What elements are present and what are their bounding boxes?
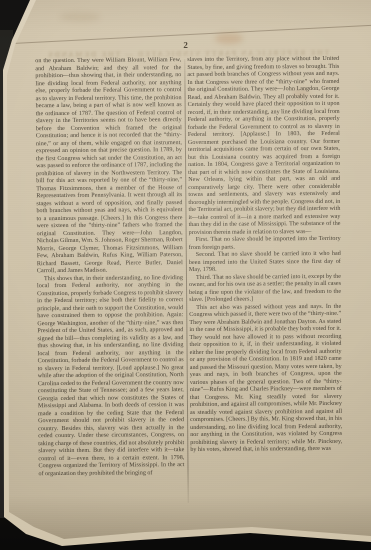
page-content: THE REPUBLICAN PARTY VINDICATED — THE DE…	[0, 0, 371, 550]
paragraph: First. That no slave should be imported …	[189, 236, 341, 252]
paragraph: slaves into the Territory, from any plac…	[187, 56, 340, 237]
newspaper-page: THE REPUBLICAN PARTY VINDICATED — THE DE…	[0, 0, 371, 550]
photo-of-newspaper-page: THE REPUBLICAN PARTY VINDICATED — THE DE…	[0, 0, 371, 550]
text-column-left: on the question. They were William Bloun…	[35, 57, 185, 505]
text-columns: on the question. They were William Bloun…	[35, 56, 343, 505]
text-column-right: slaves into the Territory, from any plac…	[187, 56, 343, 504]
paragraph: Second. That no slave should be carried …	[189, 251, 341, 275]
paragraph: This shows that, in their understanding,…	[37, 275, 185, 479]
paragraph: This act also was passed without yeas an…	[189, 303, 342, 454]
paragraph: on the question. They were William Bloun…	[35, 57, 183, 276]
paragraph: Third. That no slave should be carried i…	[189, 273, 341, 304]
